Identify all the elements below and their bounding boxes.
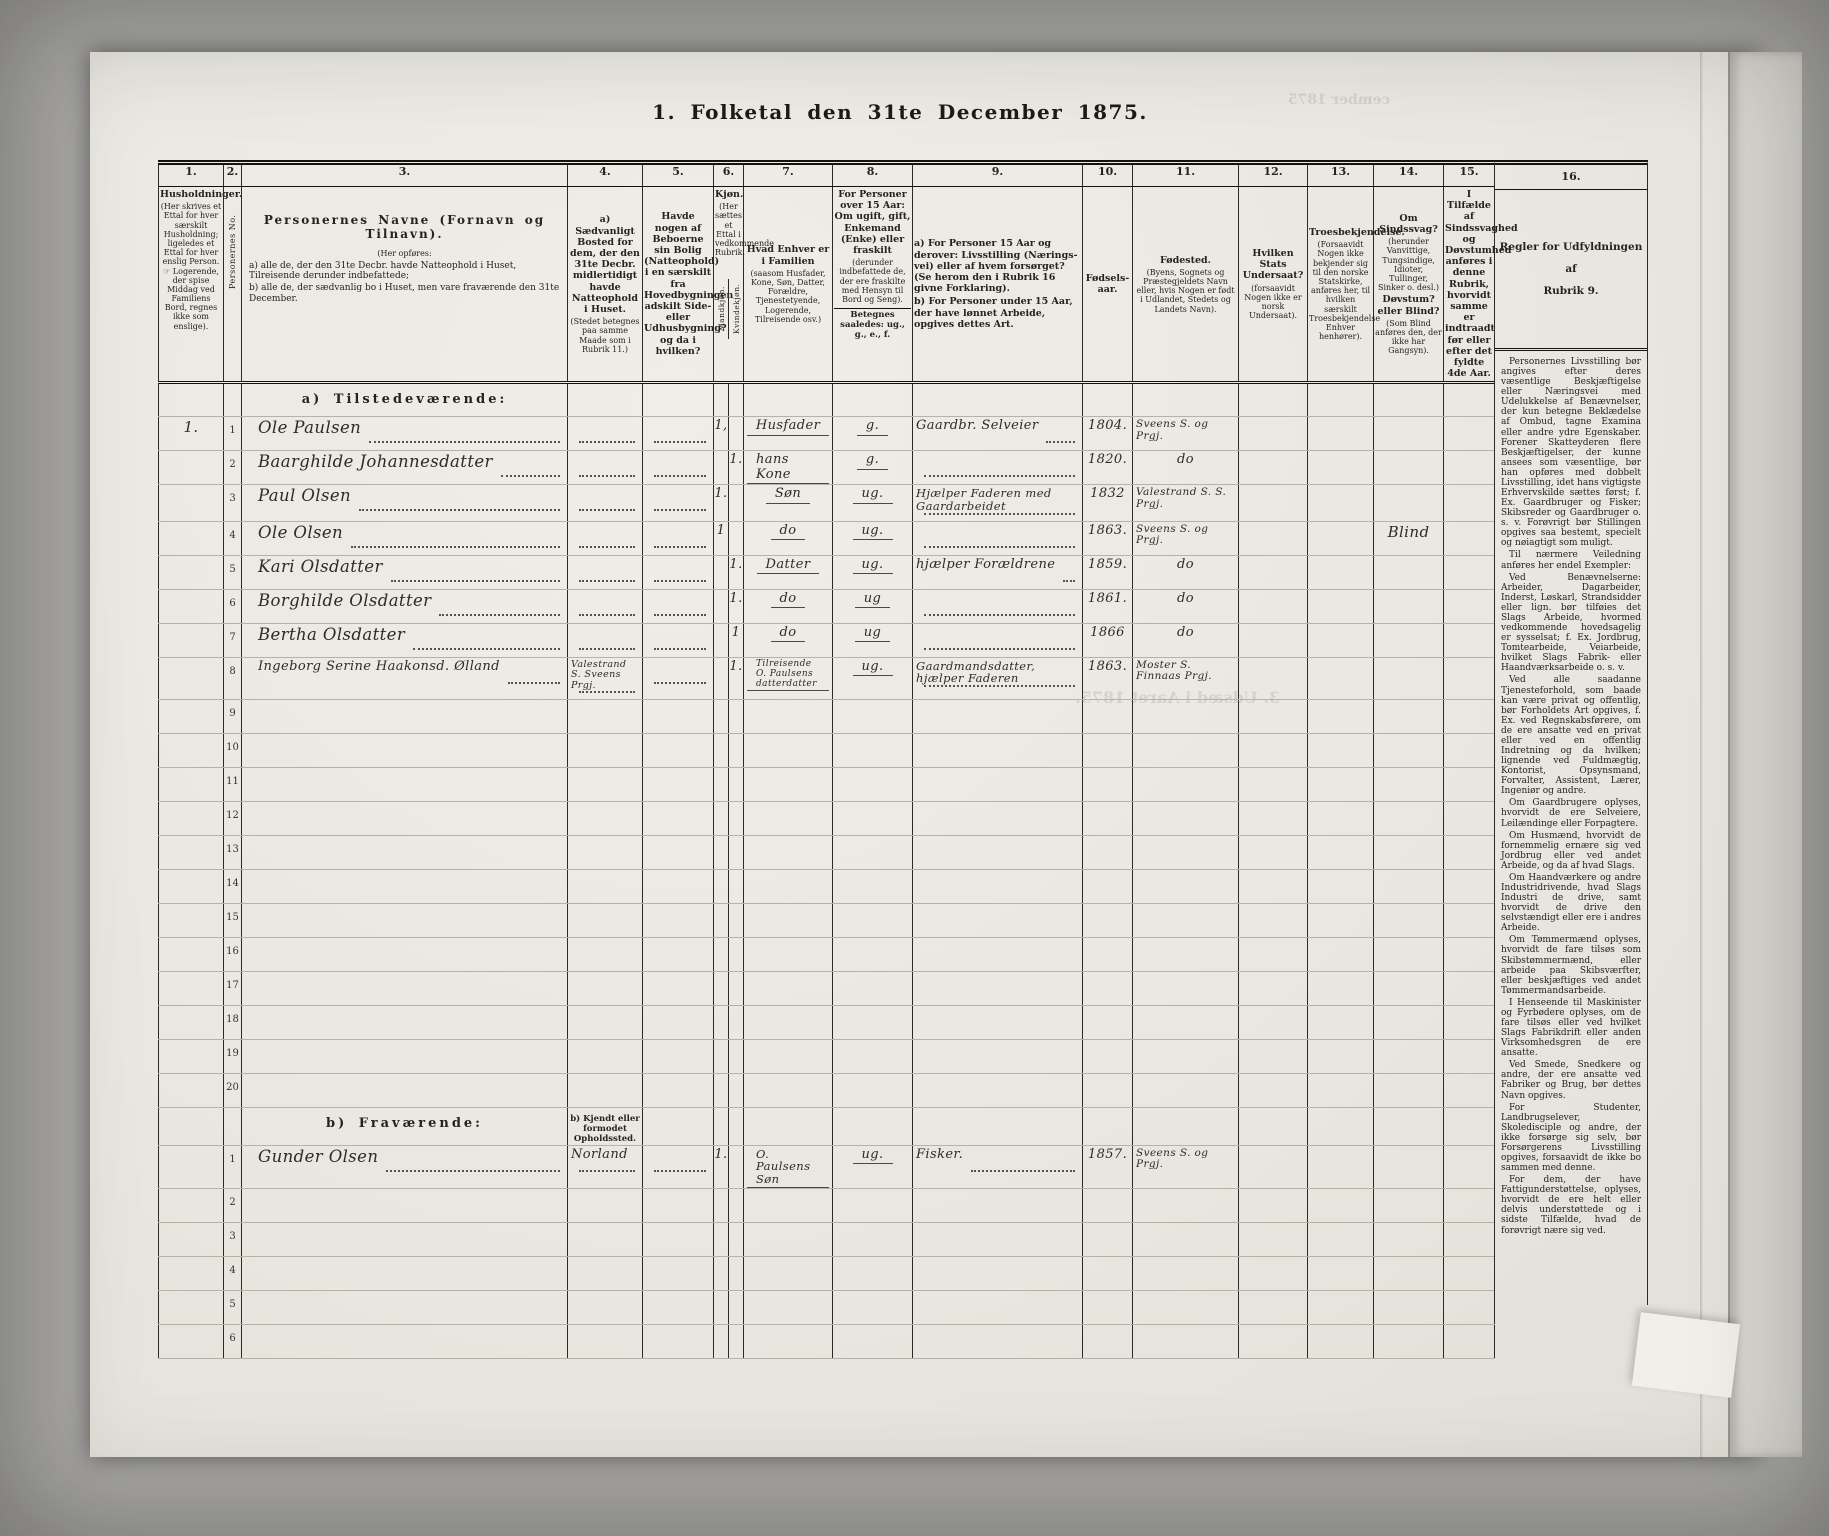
cell-family-position	[744, 1290, 833, 1324]
cell-person-no: 6	[224, 1324, 242, 1358]
table-row: 2 Baarghilde Johannesdatter 1. hans Kone…	[159, 451, 1495, 485]
cell-family-position	[744, 972, 833, 1006]
cell-occupation: hjælper Forældrene	[913, 555, 1083, 589]
cell-family-position	[744, 1188, 833, 1222]
col-no: 13.	[1308, 163, 1374, 187]
cell-usual-residence	[568, 1290, 643, 1324]
cell-family-position	[744, 904, 833, 938]
cell-birth-year	[1083, 972, 1133, 1006]
cell-disability-onset	[1444, 938, 1495, 972]
cell-usual-residence	[568, 904, 643, 938]
cell-person-no: 12	[224, 802, 242, 836]
cell-marital-status	[833, 938, 913, 972]
cell-female-mark: 1	[729, 623, 744, 657]
cell-occupation: Gaardmandsdatter, hjælper Faderen	[913, 657, 1083, 699]
instruction-paragraph: I Henseende til Maskinister og Fyrbødere…	[1501, 998, 1641, 1058]
cell-person-no: 18	[224, 1006, 242, 1040]
cell-name	[242, 1188, 568, 1222]
cell-occupation	[913, 768, 1083, 802]
cell-citizenship	[1239, 972, 1308, 1006]
cell-disability-onset	[1444, 1222, 1495, 1256]
instruction-paragraph: Ved Benævnelserne: Arbeider, Dagarbeider…	[1501, 573, 1641, 674]
cell-religion	[1308, 555, 1374, 589]
cell-usual-residence	[568, 700, 643, 734]
cell-outbuilding	[643, 555, 714, 589]
table-row: 16	[159, 938, 1495, 972]
cell-occupation	[913, 1222, 1083, 1256]
cell-citizenship	[1239, 1006, 1308, 1040]
cell-occupation	[913, 700, 1083, 734]
cell-disability	[1374, 802, 1444, 836]
cell-disability	[1374, 734, 1444, 768]
cell-family-position	[744, 1074, 833, 1108]
cell-person-no: 1	[224, 1145, 242, 1188]
cell-male-mark	[714, 836, 729, 870]
cell-female-mark: 1.	[729, 451, 744, 485]
cell-household-no	[159, 1324, 224, 1358]
header-birth-year: Fødsels- aar.	[1083, 187, 1133, 383]
cell-outbuilding	[643, 657, 714, 699]
cell-disability	[1374, 1222, 1444, 1256]
instructions-title: Regler for Udfyldningen af Rubrik 9.	[1495, 190, 1647, 351]
section-a-header-row: a) Tilstedeværende:	[159, 383, 1495, 417]
cell-citizenship	[1239, 657, 1308, 699]
table-row: 5	[159, 1290, 1495, 1324]
cell-household-no	[159, 1040, 224, 1074]
cell-birthplace	[1133, 1188, 1239, 1222]
cell-male-mark	[714, 768, 729, 802]
cell-citizenship	[1239, 555, 1308, 589]
cell-female-mark	[729, 700, 744, 734]
table-row: 15	[159, 904, 1495, 938]
cell-birthplace	[1133, 972, 1239, 1006]
cell-religion	[1308, 521, 1374, 555]
table-row: 10	[159, 734, 1495, 768]
cell-household-no	[159, 451, 224, 485]
cell-marital-status: ug	[833, 623, 913, 657]
cell-disability	[1374, 485, 1444, 521]
cell-outbuilding	[643, 1006, 714, 1040]
cell-household-no	[159, 836, 224, 870]
cell-person-no: 5	[224, 555, 242, 589]
cell-birth-year: 1863.	[1083, 521, 1133, 555]
cell-birth-year	[1083, 1074, 1133, 1108]
cell-occupation	[913, 521, 1083, 555]
cell-outbuilding	[643, 700, 714, 734]
cell-birthplace	[1133, 836, 1239, 870]
page-title: 1. Folketal den 31te December 1875.	[620, 100, 1180, 124]
cell-birthplace	[1133, 734, 1239, 768]
cell-usual-residence	[568, 485, 643, 521]
cell-marital-status	[833, 1040, 913, 1074]
cell-birth-year	[1083, 1222, 1133, 1256]
cell-occupation	[913, 734, 1083, 768]
cell-birthplace	[1133, 1256, 1239, 1290]
cell-person-no: 8	[224, 657, 242, 699]
cell-citizenship	[1239, 1040, 1308, 1074]
cell-person-no: 3	[224, 485, 242, 521]
cell-marital-status	[833, 1290, 913, 1324]
col-no: 1.	[159, 163, 224, 187]
cell-outbuilding	[643, 485, 714, 521]
cell-marital-status: ug.	[833, 521, 913, 555]
cell-usual-residence	[568, 870, 643, 904]
cell-male-mark	[714, 734, 729, 768]
cell-household-no	[159, 938, 224, 972]
cell-marital-status	[833, 972, 913, 1006]
cell-male-mark	[714, 1222, 729, 1256]
cell-disability	[1374, 1290, 1444, 1324]
cell-disability	[1374, 972, 1444, 1006]
cell-female-mark	[729, 1006, 744, 1040]
cell-male-mark	[714, 451, 729, 485]
cell-outbuilding	[643, 734, 714, 768]
cell-family-position: Søn	[744, 485, 833, 521]
instruction-paragraph: For Studenter, Landbrugselever, Skoledis…	[1501, 1103, 1641, 1174]
cell-household-no	[159, 1074, 224, 1108]
cell-religion	[1308, 1006, 1374, 1040]
page-corner-fold	[1632, 1312, 1740, 1398]
cell-male-mark	[714, 972, 729, 1006]
cell-marital-status: g.	[833, 417, 913, 451]
col-no: 16.	[1495, 165, 1647, 190]
cell-family-position	[744, 938, 833, 972]
cell-male-mark	[714, 1188, 729, 1222]
cell-disability-onset	[1444, 589, 1495, 623]
cell-name	[242, 802, 568, 836]
cell-household-no	[159, 485, 224, 521]
cell-birth-year	[1083, 1324, 1133, 1358]
header-marital-status: For Personer over 15 Aar: Om ugift, gift…	[833, 187, 913, 383]
cell-citizenship	[1239, 734, 1308, 768]
cell-disability: Blind	[1374, 521, 1444, 555]
cell-female-mark: 1.	[729, 555, 744, 589]
cell-person-no: 7	[224, 623, 242, 657]
cell-female-mark	[729, 1222, 744, 1256]
cell-name	[242, 1074, 568, 1108]
cell-family-position	[744, 1256, 833, 1290]
census-table: 1. 2. 3. 4. 5. 6. 7. 8. 9. 10. 11. 12. 1…	[158, 160, 1495, 1359]
cell-female-mark	[729, 836, 744, 870]
cell-name	[242, 972, 568, 1006]
cell-outbuilding	[643, 521, 714, 555]
cell-occupation	[913, 938, 1083, 972]
cell-family-position	[744, 1040, 833, 1074]
cell-household-no	[159, 1188, 224, 1222]
cell-name: Ole Olsen	[242, 521, 568, 555]
cell-outbuilding	[643, 589, 714, 623]
cell-disability	[1374, 623, 1444, 657]
cell-person-no: 5	[224, 1290, 242, 1324]
instruction-paragraph: Ved Smede, Snedkere og andre, der ere an…	[1501, 1060, 1641, 1100]
cell-female-mark	[729, 1188, 744, 1222]
cell-religion	[1308, 700, 1374, 734]
cell-religion	[1308, 451, 1374, 485]
cell-occupation	[913, 1256, 1083, 1290]
cell-religion	[1308, 1324, 1374, 1358]
header-disability-onset: I Tilfælde af Sindssvaghed og Døvstumhed…	[1444, 187, 1495, 383]
header-occupation: a) For Personer 15 Aar og derover: Livss…	[913, 187, 1083, 383]
cell-family-position: Tilreisende O. Paulsens datterdatter	[744, 657, 833, 699]
header-households: Husholdninger. (Her skrives et Ettal for…	[159, 187, 224, 383]
cell-occupation	[913, 972, 1083, 1006]
cell-citizenship	[1239, 1324, 1308, 1358]
cell-person-no: 4	[224, 1256, 242, 1290]
cell-family-position	[744, 700, 833, 734]
cell-citizenship	[1239, 700, 1308, 734]
cell-religion	[1308, 657, 1374, 699]
cell-marital-status	[833, 700, 913, 734]
cell-outbuilding	[643, 623, 714, 657]
cell-birthplace	[1133, 700, 1239, 734]
cell-disability-onset	[1444, 904, 1495, 938]
cell-household-no	[159, 657, 224, 699]
cell-birth-year	[1083, 1040, 1133, 1074]
cell-religion	[1308, 1290, 1374, 1324]
section-b-header-row: b) Fraværende: b) Kjendt eller formodet …	[159, 1108, 1495, 1146]
cell-family-position	[744, 870, 833, 904]
cell-person-no: 20	[224, 1074, 242, 1108]
cell-birth-year	[1083, 1188, 1133, 1222]
cell-birthplace	[1133, 1006, 1239, 1040]
cell-religion	[1308, 1256, 1374, 1290]
cell-birth-year	[1083, 1006, 1133, 1040]
cell-marital-status	[833, 1222, 913, 1256]
cell-household-no	[159, 1256, 224, 1290]
cell-family-position: O. Paulsens Søn	[744, 1145, 833, 1188]
cell-citizenship	[1239, 589, 1308, 623]
col-no: 15.	[1444, 163, 1495, 187]
cell-family-position	[744, 1006, 833, 1040]
cell-occupation	[913, 1040, 1083, 1074]
instruction-paragraph: For dem, der have Fattigunderstøttelse, …	[1501, 1175, 1641, 1235]
cell-person-no: 2	[224, 1188, 242, 1222]
cell-marital-status	[833, 836, 913, 870]
cell-male-mark: 1.	[714, 1145, 729, 1188]
cell-usual-residence	[568, 938, 643, 972]
cell-male-mark	[714, 700, 729, 734]
cell-citizenship	[1239, 1074, 1308, 1108]
cell-citizenship	[1239, 485, 1308, 521]
cell-birthplace: do	[1133, 451, 1239, 485]
cell-name	[242, 700, 568, 734]
cell-disability-onset	[1444, 700, 1495, 734]
table-row: 11	[159, 768, 1495, 802]
cell-family-position: do	[744, 589, 833, 623]
cell-usual-residence: Norland	[568, 1145, 643, 1188]
cell-outbuilding	[643, 1290, 714, 1324]
cell-male-mark	[714, 1290, 729, 1324]
cell-citizenship	[1239, 1145, 1308, 1188]
cell-disability	[1374, 938, 1444, 972]
column-number-row: 1. 2. 3. 4. 5. 6. 7. 8. 9. 10. 11. 12. 1…	[159, 163, 1495, 187]
cell-occupation	[913, 836, 1083, 870]
cell-person-no: 19	[224, 1040, 242, 1074]
cell-disability	[1374, 657, 1444, 699]
cell-person-no: 16	[224, 938, 242, 972]
cell-female-mark	[729, 904, 744, 938]
cell-birthplace: do	[1133, 555, 1239, 589]
cell-disability-onset	[1444, 1324, 1495, 1358]
cell-usual-residence: Valestrand S. Sveens Prgj.	[568, 657, 643, 699]
cell-marital-status	[833, 1324, 913, 1358]
table-row: 3	[159, 1222, 1495, 1256]
cell-female-mark	[729, 1324, 744, 1358]
header-names: Personernes Navne (Fornavn og Tilnavn). …	[242, 187, 568, 383]
cell-person-no: 13	[224, 836, 242, 870]
cell-disability	[1374, 1324, 1444, 1358]
cell-outbuilding	[643, 1145, 714, 1188]
cell-female-mark: 1.	[729, 657, 744, 699]
cell-disability	[1374, 555, 1444, 589]
cell-birth-year: 1859.	[1083, 555, 1133, 589]
cell-outbuilding	[643, 836, 714, 870]
cell-household-no	[159, 1222, 224, 1256]
cell-female-mark	[729, 1145, 744, 1188]
cell-birth-year	[1083, 836, 1133, 870]
cell-female-mark: 1.	[729, 589, 744, 623]
cell-religion	[1308, 836, 1374, 870]
cell-disability-onset	[1444, 1145, 1495, 1188]
cell-usual-residence	[568, 802, 643, 836]
cell-person-no: 15	[224, 904, 242, 938]
cell-name: Kari Olsdatter	[242, 555, 568, 589]
cell-religion	[1308, 589, 1374, 623]
cell-marital-status: g.	[833, 451, 913, 485]
cell-male-mark	[714, 623, 729, 657]
cell-female-mark	[729, 802, 744, 836]
col-no: 3.	[242, 163, 568, 187]
cell-outbuilding	[643, 1324, 714, 1358]
cell-disability	[1374, 870, 1444, 904]
cell-disability	[1374, 417, 1444, 451]
cell-marital-status: ug.	[833, 485, 913, 521]
cell-marital-status	[833, 904, 913, 938]
cell-birthplace: Moster S. Finnaas Prgj.	[1133, 657, 1239, 699]
cell-household-no	[159, 623, 224, 657]
cell-outbuilding	[643, 1222, 714, 1256]
cell-occupation: Fisker.	[913, 1145, 1083, 1188]
cell-birth-year: 1804.	[1083, 417, 1133, 451]
cell-birthplace: Valestrand S. S. Prgj.	[1133, 485, 1239, 521]
header-person-number: Personernes No.	[224, 187, 242, 383]
table-row: 5 Kari Olsdatter 1. Datter ug. hjælper F…	[159, 555, 1495, 589]
cell-name: Baarghilde Johannesdatter	[242, 451, 568, 485]
cell-female-mark	[729, 1290, 744, 1324]
cell-outbuilding	[643, 1040, 714, 1074]
cell-citizenship	[1239, 938, 1308, 972]
cell-birth-year: 1866	[1083, 623, 1133, 657]
cell-usual-residence	[568, 768, 643, 802]
cell-occupation	[913, 623, 1083, 657]
cell-occupation	[913, 802, 1083, 836]
cell-occupation	[913, 1188, 1083, 1222]
table-row: 1 Gunder Olsen Norland 1. O. Paulsens Sø…	[159, 1145, 1495, 1188]
cell-family-position	[744, 768, 833, 802]
cell-female-mark	[729, 768, 744, 802]
cell-female-mark	[729, 521, 744, 555]
col-no: 10.	[1083, 163, 1133, 187]
cell-usual-residence	[568, 451, 643, 485]
cell-usual-residence	[568, 1188, 643, 1222]
cell-female-mark	[729, 417, 744, 451]
cell-disability-onset	[1444, 623, 1495, 657]
cell-name	[242, 904, 568, 938]
cell-name	[242, 938, 568, 972]
cell-female-mark	[729, 485, 744, 521]
cell-usual-residence	[568, 1256, 643, 1290]
cell-person-no: 10	[224, 734, 242, 768]
cell-male-mark	[714, 1040, 729, 1074]
instruction-paragraph: Personernes Livsstilling bør angives eft…	[1501, 357, 1641, 548]
cell-birth-year	[1083, 938, 1133, 972]
cell-religion	[1308, 1074, 1374, 1108]
cell-outbuilding	[643, 972, 714, 1006]
cell-disability-onset	[1444, 1256, 1495, 1290]
cell-birth-year: 1820.	[1083, 451, 1133, 485]
cell-birthplace: do	[1133, 623, 1239, 657]
cell-person-no: 1	[224, 417, 242, 451]
cell-name	[242, 1040, 568, 1074]
col-no: 14.	[1374, 163, 1444, 187]
cell-birthplace	[1133, 802, 1239, 836]
cell-household-no	[159, 904, 224, 938]
cell-disability	[1374, 1188, 1444, 1222]
cell-female-mark	[729, 734, 744, 768]
cell-citizenship	[1239, 623, 1308, 657]
cell-male-mark: 1.	[714, 485, 729, 521]
cell-name	[242, 1222, 568, 1256]
cell-usual-residence	[568, 1324, 643, 1358]
cell-male-mark	[714, 1324, 729, 1358]
cell-female-mark	[729, 938, 744, 972]
cell-birth-year	[1083, 802, 1133, 836]
table-row: 12	[159, 802, 1495, 836]
cell-citizenship	[1239, 870, 1308, 904]
cell-male-mark: 1	[714, 521, 729, 555]
cell-family-position: hans Kone	[744, 451, 833, 485]
cell-household-no	[159, 1145, 224, 1188]
cell-household-no	[159, 555, 224, 589]
cell-birthplace: Sveens S. og Prgj.	[1133, 521, 1239, 555]
table-row: 17	[159, 972, 1495, 1006]
cell-religion	[1308, 802, 1374, 836]
cell-person-no: 9	[224, 700, 242, 734]
table-row: 6 Borghilde Olsdatter 1. do ug 1861. do	[159, 589, 1495, 623]
cell-name	[242, 768, 568, 802]
cell-household-no	[159, 768, 224, 802]
cell-name	[242, 1324, 568, 1358]
cell-family-position	[744, 1324, 833, 1358]
cell-occupation	[913, 904, 1083, 938]
cell-usual-residence	[568, 623, 643, 657]
cell-disability-onset	[1444, 870, 1495, 904]
cell-usual-residence	[568, 734, 643, 768]
cell-disability	[1374, 904, 1444, 938]
cell-disability-onset	[1444, 485, 1495, 521]
header-sex: Kjøn. (Her sættes et Ettal i vedkommende…	[714, 187, 744, 383]
cell-marital-status	[833, 802, 913, 836]
cell-birthplace: Sveens S. og Prgj.	[1133, 417, 1239, 451]
header-birthplace: Fødested. (Byens, Sognets og Præstegjeld…	[1133, 187, 1239, 383]
cell-outbuilding	[643, 904, 714, 938]
cell-disability	[1374, 1074, 1444, 1108]
cell-female-mark	[729, 870, 744, 904]
cell-family-position: do	[744, 521, 833, 555]
table-row: 7 Bertha Olsdatter 1 do ug 1866 do	[159, 623, 1495, 657]
cell-citizenship	[1239, 521, 1308, 555]
cell-usual-residence	[568, 972, 643, 1006]
